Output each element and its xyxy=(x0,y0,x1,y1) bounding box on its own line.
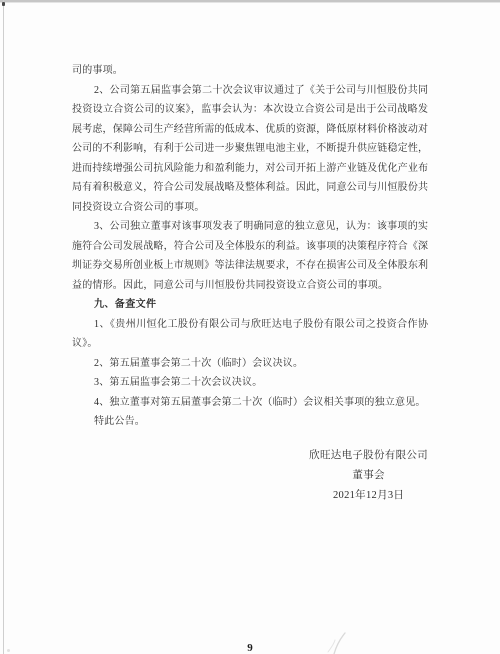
paragraph-line: 2、公司第五届监事会第二十次会议审议通过了《关于公司与川恒股份共同 xyxy=(72,81,428,101)
closing-line: 特此公告。 xyxy=(72,412,428,432)
section-heading: 九、备查文件 xyxy=(72,295,428,315)
paragraph-line: 施符合公司发展战略，符合公司及全体股东的利益。该事项的决策程序符合《深 xyxy=(72,237,428,257)
paragraph-line: 司的事项。 xyxy=(72,61,428,81)
scan-edge-artifact-top xyxy=(0,0,500,2)
signature-block: 欣旺达电子股份有限公司 董事会 2021年12月3日 xyxy=(309,446,428,506)
paragraph-line: 进而持续增强公司抗风险能力和盈利能力，对公司开拓上游产业链及优化产业布 xyxy=(72,159,428,179)
scanned-document-page: 司的事项。 2、公司第五届监事会第二十次会议审议通过了《关于公司与川恒股份共同 … xyxy=(0,0,500,654)
signature-date: 2021年12月3日 xyxy=(309,486,428,506)
paragraph-line: 圳证券交易所创业板上市规则》等法律法规要求，不存在损害公司及全体股东利 xyxy=(72,256,428,276)
document-body: 司的事项。 2、公司第五届监事会第二十次会议审议通过了《关于公司与川恒股份共同 … xyxy=(72,61,428,506)
paragraph-line: 同投资设立合资公司的事项。 xyxy=(72,198,428,218)
paragraph-line: 局有着积极意义，符合公司发展战略及整体利益。因此，同意公司与川恒股份共 xyxy=(72,178,428,198)
signature-company: 欣旺达电子股份有限公司 xyxy=(309,446,428,466)
paragraph-line: 投资设立合资公司的议案》，监事会认为：本次设立合资公司是出于公司战略发 xyxy=(72,100,428,120)
list-item-line: 3、第五届监事会第二十次会议决议。 xyxy=(72,373,428,393)
signature-signer: 董事会 xyxy=(309,466,428,486)
paragraph-line: 益的情形。因此，同意公司与川恒股份共同投资设立合资公司的事项。 xyxy=(72,276,428,296)
scan-edge-artifact-left xyxy=(3,0,4,654)
page-number: 9 xyxy=(0,642,500,654)
list-item-line: 2、第五届董事会第二十次（临时）会议决议。 xyxy=(72,354,428,374)
scan-speck-artifact xyxy=(2,2,5,6)
list-item-line: 4、独立董事对第五届董事会第二十次（临时）会议相关事项的独立意见。 xyxy=(72,393,428,413)
list-item-line: 1、《贵州川恒化工股份有限公司与欣旺达电子股份有限公司之投资合作协 xyxy=(72,315,428,335)
paragraph-line: 3、公司独立董事对该事项发表了明确同意的独立意见，认为：该事项的实 xyxy=(72,217,428,237)
paragraph-line: 公司的不利影响，有利于公司进一步聚焦锂电池主业，不断提升供应链稳定性， xyxy=(72,139,428,159)
paragraph-line: 展考虑，保障公司生产经营所需的低成本、优质的资源，降低原材料价格波动对 xyxy=(72,120,428,140)
list-item-line: 议》。 xyxy=(72,334,428,354)
signature-area: 欣旺达电子股份有限公司 董事会 2021年12月3日 xyxy=(72,446,428,506)
